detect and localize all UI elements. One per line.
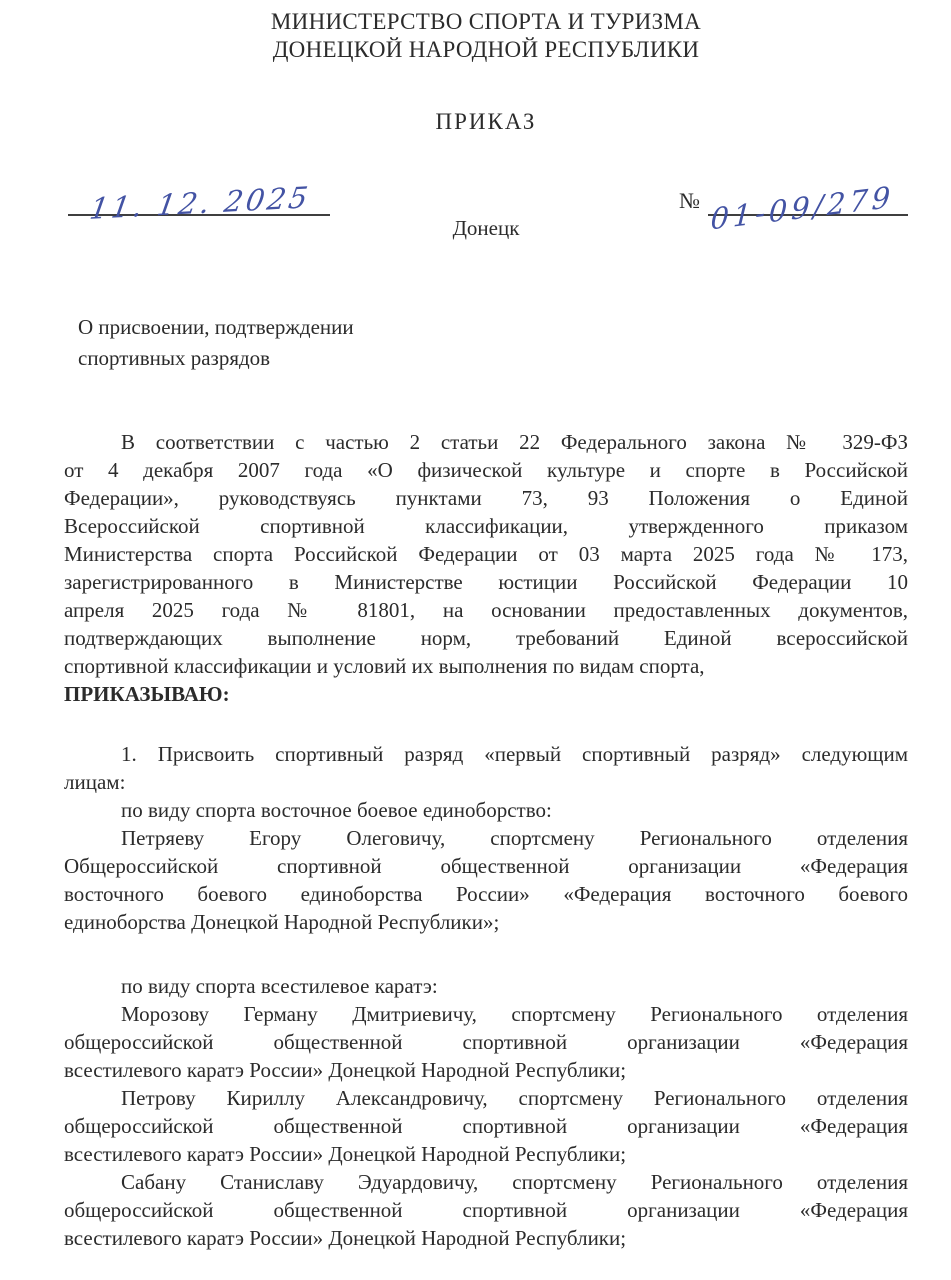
text-line: всестилевого каратэ России» Донецкой Нар…: [64, 1224, 908, 1252]
order-number-field: № 01-09/279: [679, 170, 908, 216]
item-1-paragraph: 1. Присвоить спортивный разряд «первый с…: [64, 740, 908, 796]
athlete-entry-morozov: Морозову Герману Дмитриевичу, спортсмену…: [64, 1000, 908, 1084]
athlete-entry-petryaev: Петряеву Егору Олеговичу, спортсмену Рег…: [64, 824, 908, 936]
athlete-entry-petrov: Петрову Кириллу Александровичу, спортсме…: [64, 1084, 908, 1168]
text-line: восточного боевого единоборства России» …: [64, 880, 908, 908]
text-line: подтверждающих выполнение норм, требован…: [64, 624, 908, 652]
preamble-paragraph: В соответствии с частью 2 статьи 22 Феде…: [64, 428, 908, 680]
number-sign: №: [679, 186, 708, 216]
text-line: лицам:: [64, 768, 908, 796]
decree-keyword: ПРИКАЗЫВАЮ:: [64, 680, 908, 708]
text-line: Морозову Герману Дмитриевичу, спортсмену…: [64, 1000, 908, 1028]
order-subject: О присвоении, подтверждении спортивных р…: [64, 312, 908, 374]
text-line: Федерации», руководствуясь пунктами 73, …: [64, 484, 908, 512]
text-line: зарегистрированного в Министерстве юстиц…: [64, 568, 908, 596]
text-line: общероссийской общественной спортивной о…: [64, 1196, 908, 1224]
ministry-name: МИНИСТЕРСТВО СПОРТА И ТУРИЗМА ДОНЕЦКОЙ Н…: [64, 0, 908, 64]
text-line: единоборства Донецкой Народной Республик…: [64, 908, 908, 936]
sport-section-header-vbe: по виду спорта восточное боевое единобор…: [64, 796, 908, 824]
order-number-line: 01-09/279: [708, 170, 908, 216]
text-line: Всероссийской спортивной классификации, …: [64, 512, 908, 540]
order-date-field: 11. 12. 2025: [68, 170, 330, 216]
text-line: Общероссийской спортивной общественной о…: [64, 852, 908, 880]
text-line: Министерства спорта Российской Федерации…: [64, 540, 908, 568]
athlete-entry-saban: Сабану Станиславу Эдуардовичу, спортсмен…: [64, 1168, 908, 1252]
text-line: Сабану Станиславу Эдуардовичу, спортсмен…: [64, 1168, 908, 1196]
ministry-line-2: ДОНЕЦКОЙ НАРОДНОЙ РЕСПУБЛИКИ: [64, 36, 908, 64]
document-content: МИНИСТЕРСТВО СПОРТА И ТУРИЗМА ДОНЕЦКОЙ Н…: [0, 0, 951, 1252]
subject-line-1: О присвоении, подтверждении: [78, 312, 908, 343]
text-line: всестилевого каратэ России» Донецкой Нар…: [64, 1140, 908, 1168]
text-line: Петряеву Егору Олеговичу, спортсмену Рег…: [64, 824, 908, 852]
scanned-order-document: МИНИСТЕРСТВО СПОРТА И ТУРИЗМА ДОНЕЦКОЙ Н…: [0, 0, 951, 1280]
text-line: от 4 декабря 2007 года «О физической кул…: [64, 456, 908, 484]
text-line: спортивной классификации и условий их вы…: [64, 652, 908, 680]
document-type-title: ПРИКАЗ: [64, 108, 908, 136]
text-line: Петрову Кириллу Александровичу, спортсме…: [64, 1084, 908, 1112]
sport-section-header-karate: по виду спорта всестилевое каратэ:: [64, 972, 908, 1000]
text-line: В соответствии с частью 2 статьи 22 Феде…: [64, 428, 908, 456]
ministry-line-1: МИНИСТЕРСТВО СПОРТА И ТУРИЗМА: [64, 8, 908, 36]
subject-line-2: спортивных разрядов: [78, 343, 908, 374]
text-line: 1. Присвоить спортивный разряд «первый с…: [64, 740, 908, 768]
text-line: всестилевого каратэ России» Донецкой Нар…: [64, 1056, 908, 1084]
text-line: общероссийской общественной спортивной о…: [64, 1112, 908, 1140]
text-line: апреля 2025 года № 81801, на основании п…: [64, 596, 908, 624]
date-number-row: 11. 12. 2025 № 01-09/279: [64, 172, 908, 216]
text-line: общероссийской общественной спортивной о…: [64, 1028, 908, 1056]
